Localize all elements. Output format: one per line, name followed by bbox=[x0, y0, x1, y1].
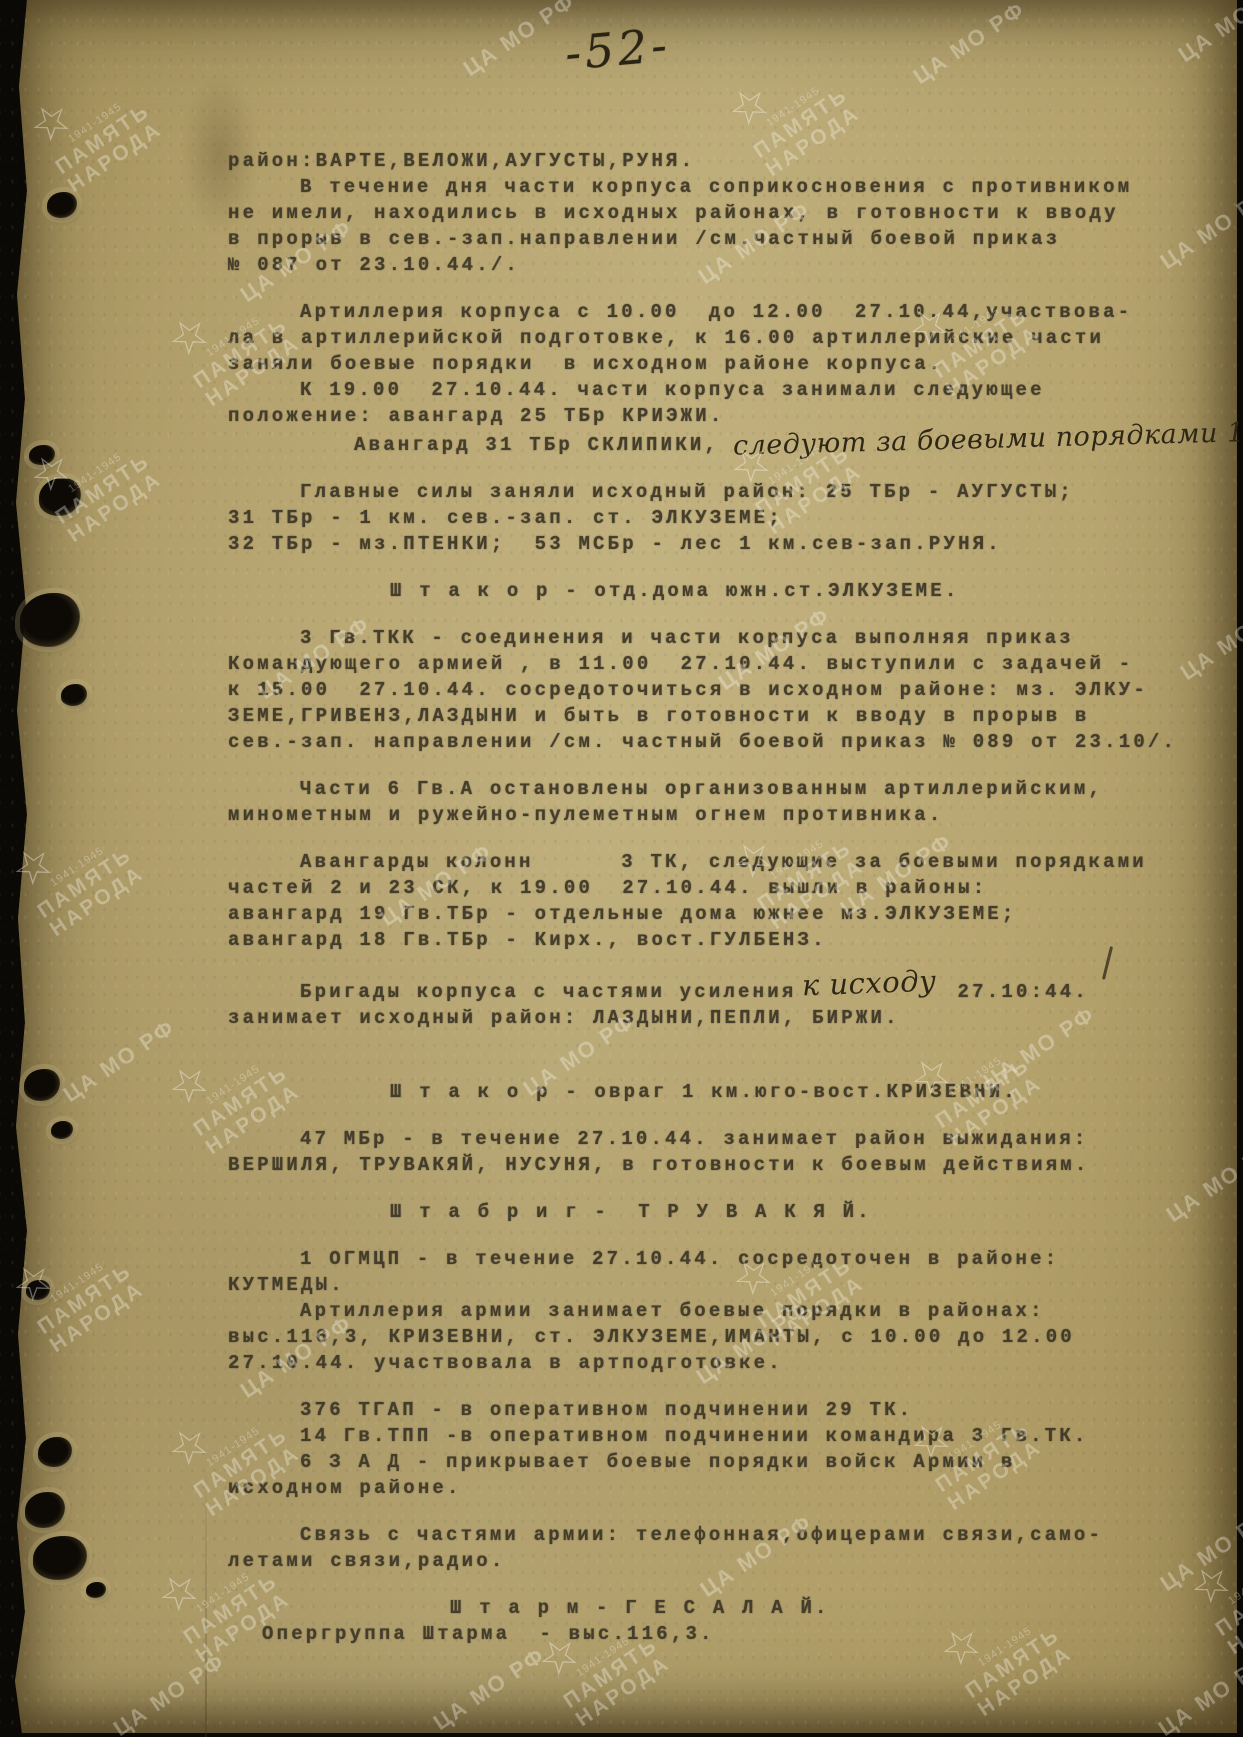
typed-text-segment: авангард 18 Гв.ТБр - Кирх., вост.ГУЛБЕНЗ… bbox=[228, 929, 827, 951]
typed-line: 6 З А Д - прикрывает боевые порядки войс… bbox=[300, 1449, 1140, 1475]
typed-line: В течение дня части корпуса соприкоснове… bbox=[300, 174, 1140, 200]
typed-text-segment: 376 ТГАП - в оперативном подчинении 29 Т… bbox=[300, 1399, 913, 1421]
typed-line: летами связи,радио. bbox=[228, 1548, 1140, 1574]
paper-crease bbox=[205, 1450, 207, 1737]
typed-line: Авангард 31 ТБр СКЛИПИКИ,следуют за боев… bbox=[354, 429, 1140, 458]
typed-text-segment: ВЕРШИЛЯ, ТРУВАКЯЙ, НУСУНЯ, в готовности … bbox=[228, 1154, 1090, 1176]
typed-text-segment: Ш т а б р и г - Т Р У В А К Я Й. bbox=[390, 1201, 872, 1223]
typed-line: к 15.00 27.10.44. сосредоточиться в исхо… bbox=[228, 677, 1140, 703]
subordination-paragraph: 376 ТГАП - в оперативном подчинении 29 Т… bbox=[228, 1397, 1140, 1501]
typed-text-segment: положение: авангард 25 ТБр КРИЭЖИ. bbox=[228, 405, 724, 427]
shtakor-line: Ш т а к о р - отд.дома южн.ст.ЭЛКУЗЕМЕ. bbox=[228, 578, 1140, 604]
typed-text-segment: Части 6 Гв.А остановлены организованным … bbox=[300, 778, 1103, 800]
typed-text-segment: 47 МБр - в течение 27.10.44. занимает ра… bbox=[300, 1128, 1089, 1150]
typed-text-segment: Артиллерия корпуса с 10.00 до 12.00 27.1… bbox=[300, 301, 1132, 323]
typed-line: ла в артиллерийской подготовке, к 16.00 … bbox=[228, 325, 1140, 351]
typed-line: Артиллерия корпуса с 10.00 до 12.00 27.1… bbox=[300, 299, 1140, 325]
typed-line: Ш т а к о р - отд.дома южн.ст.ЭЛКУЗЕМЕ. bbox=[390, 578, 1140, 604]
typed-line: 32 ТБр - мз.ПТЕНКИ; 53 МСБр - лес 1 км.с… bbox=[228, 531, 1140, 557]
typed-line: Бригады корпуса с частями усиленияк исхо… bbox=[300, 974, 1140, 1005]
typed-line: сев.-зап. направлении /см. частный боево… bbox=[228, 729, 1140, 755]
typed-line: 1 ОГМЦП - в течение 27.10.44. сосредоточ… bbox=[300, 1246, 1140, 1272]
typed-line: 3 Гв.ТКК - соединения и части корпуса вы… bbox=[300, 625, 1140, 651]
guards-army-paragraph: Части 6 Гв.А остановлены организованным … bbox=[228, 776, 1140, 828]
typed-line: Ш т а к о р - овраг 1 км.юго-вост.КРИЗЕВ… bbox=[390, 1079, 1140, 1105]
typed-text-segment: Авангард 31 ТБр СКЛИПИКИ, bbox=[354, 434, 719, 456]
typed-text-segment: минометным и ружейно-пулеметным огнем пр… bbox=[228, 804, 944, 826]
typed-line: 27.10.44. участвовала в артподготовке. bbox=[228, 1350, 1140, 1376]
ogmcp-paragraph: 1 ОГМЦП - в течение 27.10.44. сосредоточ… bbox=[228, 1246, 1140, 1298]
typed-text-segment: ла в артиллерийской подготовке, к 16.00 … bbox=[228, 327, 1104, 349]
typed-text: район:ВАРТЕ,ВЕЛОЖИ,АУГУСТЫ,РУНЯ.В течени… bbox=[228, 148, 1140, 1647]
typed-text-segment: Связь с частями армии: телефонная,офицер… bbox=[300, 1524, 1103, 1546]
brigades-paragraph: Бригады корпуса с частями усиленияк исхо… bbox=[228, 974, 1140, 1031]
army-artillery-paragraph: Артиллерия армии занимает боевые порядки… bbox=[228, 1298, 1140, 1376]
typed-text-segment: Ш т а к о р - отд.дома южн.ст.ЭЛКУЗЕМЕ. bbox=[390, 580, 959, 602]
typed-text-segment: 31 ТБр - 1 км. сев.-зап. ст. ЭЛКУЗЕМЕ; bbox=[228, 507, 783, 529]
typed-text-segment: исходном районе. bbox=[228, 1477, 462, 1499]
typed-text-segment: 6 З А Д - прикрывает боевые порядки войс… bbox=[300, 1451, 1016, 1473]
typed-text-segment: Ш т а р м - Г Е С А Л А Й. bbox=[450, 1597, 830, 1619]
typed-line: Связь с частями армии: телефонная,офицер… bbox=[300, 1522, 1140, 1548]
typed-text-segment: Командующего армией , в 11.00 27.10.44. … bbox=[228, 653, 1133, 675]
typed-line: минометным и ружейно-пулеметным огнем пр… bbox=[228, 802, 1140, 828]
typed-line: заняли боевые порядки в исходном районе … bbox=[228, 351, 1140, 377]
typed-text-segment: летами связи,радио. bbox=[228, 1550, 505, 1572]
typed-line: не имели, находились в исходных районах,… bbox=[228, 200, 1140, 226]
typed-text-segment: 32 ТБр - мз.ПТЕНКИ; 53 МСБр - лес 1 км.с… bbox=[228, 533, 1002, 555]
typed-text-segment: авангард 19 Гв.ТБр - отдельные дома южне… bbox=[228, 903, 1017, 925]
typed-text-segment: 27.10:44. bbox=[943, 981, 1089, 1003]
typed-text-segment: выс.116,3, КРИЗЕВНИ, ст. ЭЛКУЗЕМЕ,ИМАНТЫ… bbox=[228, 1326, 1075, 1348]
typed-text-segment: Главные силы заняли исходный район: 25 Т… bbox=[300, 481, 1074, 503]
typed-text-segment: В течение дня части корпуса соприкоснове… bbox=[300, 176, 1132, 198]
opergroup-line: Опергруппа Штарма - выс.116,3. bbox=[228, 1621, 1140, 1647]
typed-line: Авангарды колонн 3 ТК, следующие за боев… bbox=[300, 849, 1140, 875]
typed-line: 376 ТГАП - в оперативном подчинении 29 Т… bbox=[300, 1397, 1140, 1423]
shtabrig-line: Ш т а б р и г - Т Р У В А К Я Й. bbox=[228, 1199, 1140, 1225]
typed-text-segment: к 15.00 27.10.44. сосредоточиться в исхо… bbox=[228, 679, 1148, 701]
typed-line: К 19.00 27.10.44. части корпуса занимали… bbox=[300, 377, 1140, 403]
typed-text-segment: 27.10.44. участвовала в артподготовке. bbox=[228, 1352, 783, 1374]
typed-line: Ш т а р м - Г Е С А Л А Й. bbox=[450, 1595, 1140, 1621]
typed-line: выс.116,3, КРИЗЕВНИ, ст. ЭЛКУЗЕМЕ,ИМАНТЫ… bbox=[228, 1324, 1140, 1350]
typed-text-segment: Авангарды колонн 3 ТК, следующие за боев… bbox=[300, 851, 1147, 873]
typed-text-segment: Ш т а к о р - овраг 1 км.юго-вост.КРИЗЕВ… bbox=[390, 1081, 1018, 1103]
typed-line: Артиллерия армии занимает боевые порядки… bbox=[300, 1298, 1140, 1324]
shtarm-line: Ш т а р м - Г Е С А Л А Й. bbox=[228, 1595, 1140, 1621]
typed-text-segment: КУТМЕДЫ. bbox=[228, 1274, 345, 1296]
district-line: район:ВАРТЕ,ВЕЛОЖИ,АУГУСТЫ,РУНЯ. bbox=[228, 148, 1140, 174]
typed-text-segment: район:ВАРТЕ,ВЕЛОЖИ,АУГУСТЫ,РУНЯ. bbox=[228, 150, 695, 172]
corps-status-paragraph: В течение дня части корпуса соприкоснове… bbox=[228, 174, 1140, 278]
typed-line: КУТМЕДЫ. bbox=[228, 1272, 1140, 1298]
mbr-paragraph: 47 МБр - в течение 27.10.44. занимает ра… bbox=[228, 1126, 1140, 1178]
typed-text-segment: ЗЕМЕ,ГРИВЕНЗ,ЛАЗДЫНИ и быть в готовности… bbox=[228, 705, 1090, 727]
document-scan: -52- район:ВАРТЕ,ВЕЛОЖИ,АУГУСТЫ,РУНЯ.В т… bbox=[0, 0, 1243, 1737]
typed-line: Главные силы заняли исходный район: 25 Т… bbox=[300, 479, 1140, 505]
typed-line: авангард 19 Гв.ТБр - отдельные дома южне… bbox=[228, 901, 1140, 927]
typed-line: Опергруппа Штарма - выс.116,3. bbox=[262, 1621, 1140, 1647]
typed-text-segment: Артиллерия армии занимает боевые порядки… bbox=[300, 1300, 1045, 1322]
typed-text-segment: К 19.00 27.10.44. части корпуса занимали… bbox=[300, 379, 1045, 401]
typed-text-segment: Опергруппа Штарма - выс.116,3. bbox=[262, 1623, 715, 1645]
typed-line: ВЕРШИЛЯ, ТРУВАКЯЙ, НУСУНЯ, в готовности … bbox=[228, 1152, 1140, 1178]
artillery-paragraph: Артиллерия корпуса с 10.00 до 12.00 27.1… bbox=[228, 299, 1140, 377]
typed-text-segment: 1 ОГМЦП - в течение 27.10.44. сосредоточ… bbox=[300, 1248, 1059, 1270]
typed-line: 31 ТБр - 1 км. сев.-зап. ст. ЭЛКУЗЕМЕ; bbox=[228, 505, 1140, 531]
typed-text-segment: 14 Гв.ТПП -в оперативном подчинении кома… bbox=[300, 1425, 1089, 1447]
vanguard-line: Авангард 31 ТБр СКЛИПИКИ,следуют за боев… bbox=[228, 429, 1140, 458]
typed-text-segment: 3 Гв.ТКК - соединения и части корпуса вы… bbox=[300, 627, 1074, 649]
typed-line: авангард 18 Гв.ТБр - Кирх., вост.ГУЛБЕНЗ… bbox=[228, 927, 1140, 953]
typed-line: 47 МБр - в течение 27.10.44. занимает ра… bbox=[300, 1126, 1140, 1152]
handwritten-annotation: к исходу bbox=[802, 968, 937, 999]
position-paragraph: К 19.00 27.10.44. части корпуса занимали… bbox=[228, 377, 1140, 429]
typed-line: исходном районе. bbox=[228, 1475, 1140, 1501]
typed-text-segment: занимает исходный район: ЛАЗДЫНИ,ПЕПЛИ, … bbox=[228, 1007, 900, 1029]
typed-line: ЗЕМЕ,ГРИВЕНЗ,ЛАЗДЫНИ и быть в готовности… bbox=[228, 703, 1140, 729]
main-forces-paragraph: Главные силы заняли исходный район: 25 Т… bbox=[228, 479, 1140, 557]
page-number: -52- bbox=[563, 17, 673, 80]
typed-text-segment: Бригады корпуса с частями усиления bbox=[300, 981, 796, 1003]
typed-line: район:ВАРТЕ,ВЕЛОЖИ,АУГУСТЫ,РУНЯ. bbox=[228, 148, 1140, 174]
typed-text-segment: частей 2 и 23 СК, к 19.00 27.10.44. вышл… bbox=[228, 877, 987, 899]
typed-line: 14 Гв.ТПП -в оперативном подчинении кома… bbox=[300, 1423, 1140, 1449]
communications-paragraph: Связь с частями армии: телефонная,офицер… bbox=[228, 1522, 1140, 1574]
typed-line: занимает исходный район: ЛАЗДЫНИ,ПЕПЛИ, … bbox=[228, 1005, 1140, 1031]
typed-text-segment: сев.-зап. направлении /см. частный боево… bbox=[228, 731, 1177, 753]
typed-line: Части 6 Гв.А остановлены организованным … bbox=[300, 776, 1140, 802]
typed-line: Командующего армией , в 11.00 27.10.44. … bbox=[228, 651, 1140, 677]
typed-line: № 087 от 23.10.44./. bbox=[228, 252, 1140, 278]
typed-text-segment: в прорыв в сев.-зап.направлении /см.част… bbox=[228, 228, 1060, 250]
typed-line: частей 2 и 23 СК, к 19.00 27.10.44. вышл… bbox=[228, 875, 1140, 901]
typed-line: Ш т а б р и г - Т Р У В А К Я Й. bbox=[390, 1199, 1140, 1225]
tank-corps-paragraph: 3 Гв.ТКК - соединения и части корпуса вы… bbox=[228, 625, 1140, 755]
typed-text-segment: заняли боевые порядки в исходном районе … bbox=[228, 353, 944, 375]
typed-text-segment: № 087 от 23.10.44./. bbox=[228, 254, 520, 276]
shtakor-line-2: Ш т а к о р - овраг 1 км.юго-вост.КРИЗЕВ… bbox=[228, 1079, 1140, 1105]
typed-text-segment: не имели, находились в исходных районах,… bbox=[228, 202, 1119, 224]
typed-line: в прорыв в сев.-зап.направлении /см.част… bbox=[228, 226, 1140, 252]
vanguards-columns-paragraph: Авангарды колонн 3 ТК, следующие за боев… bbox=[228, 849, 1140, 953]
